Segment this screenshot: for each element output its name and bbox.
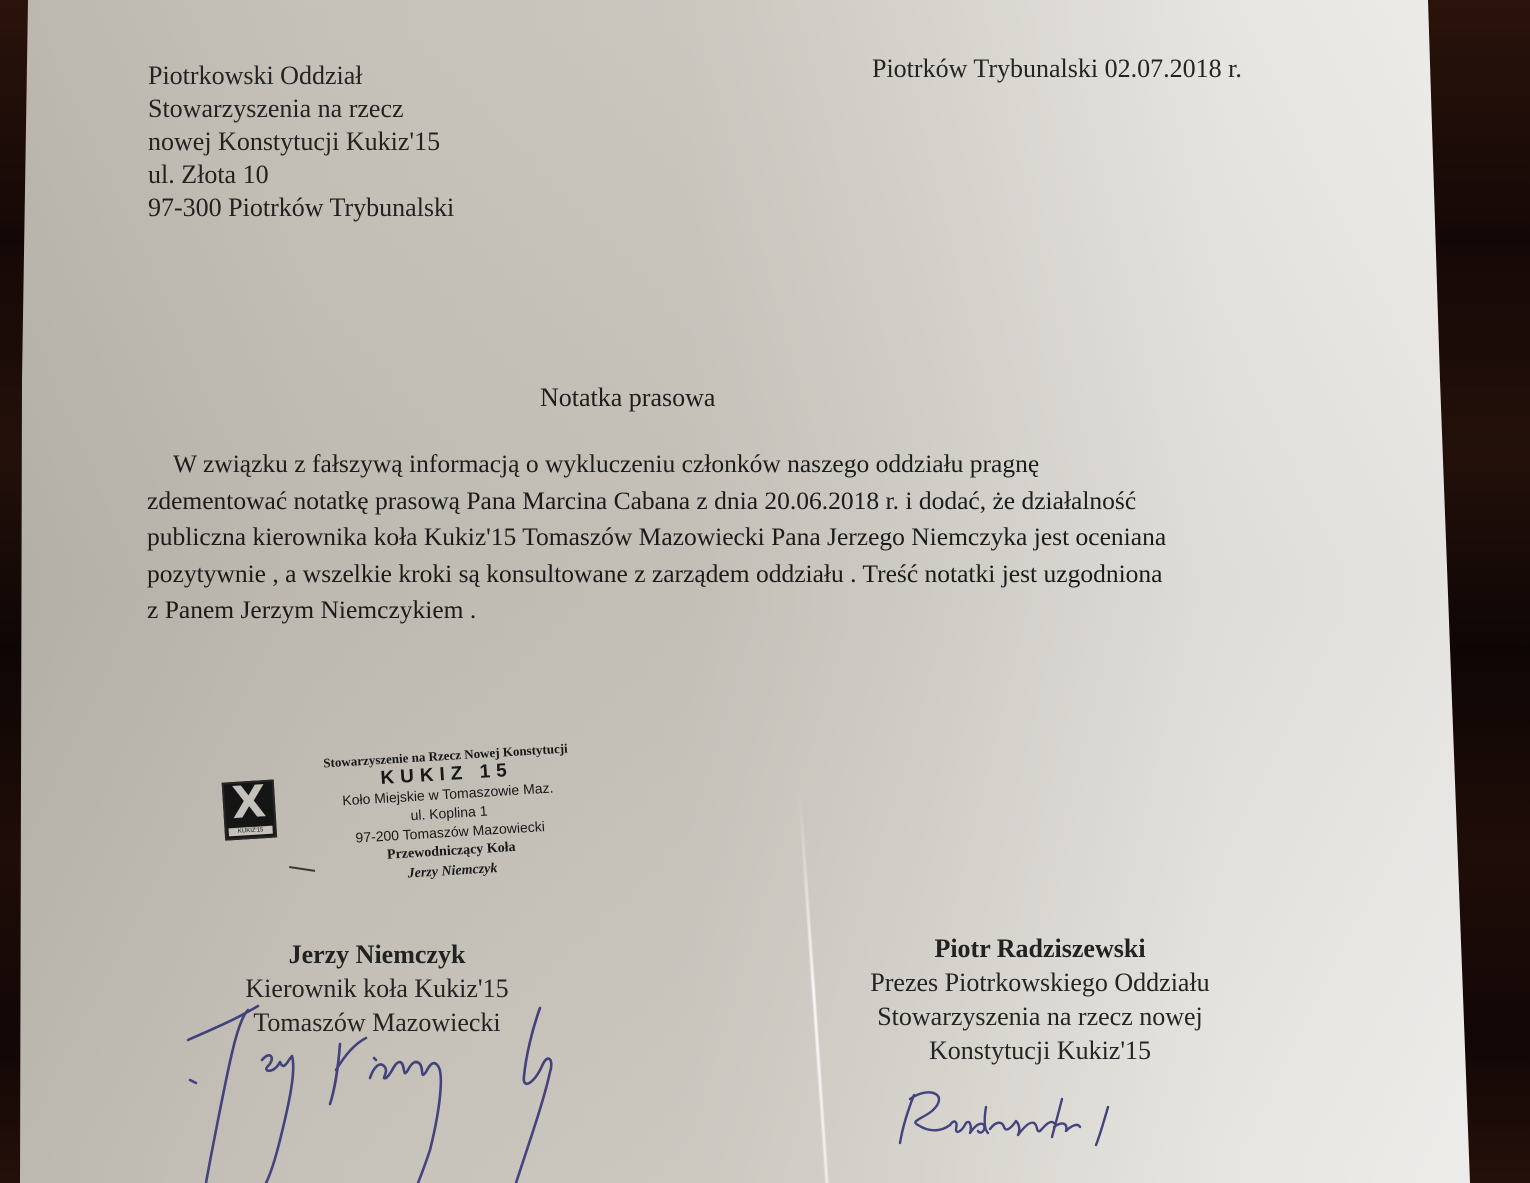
- paper-crease: [798, 790, 829, 1183]
- organization-stamp: X KUKIZ'15 Stowarzyszenie na Rzecz Nowej…: [216, 731, 624, 905]
- handwritten-signature-left: [180, 1000, 580, 1183]
- sender-address: Piotrkowski Oddział Stowarzyszenia na rz…: [148, 59, 454, 224]
- body-line: zdementować notatkę prasową Pana Marcina…: [147, 483, 1166, 520]
- sender-line: Stowarzyszenia na rzecz: [148, 92, 454, 125]
- letter-body: W związku z fałszywą informacją o wykluc…: [147, 446, 1166, 629]
- letter-sheet: Piotrkowski Oddział Stowarzyszenia na rz…: [0, 0, 1530, 1183]
- kukiz-logo-icon: X KUKIZ'15: [222, 780, 277, 841]
- body-line: publiczna kierownika koła Kukiz'15 Tomas…: [147, 519, 1166, 556]
- signatory-role: Prezes Piotrkowskiego Oddziału: [830, 966, 1250, 1000]
- logo-letter: X: [224, 782, 274, 825]
- signatory-right: Piotr Radziszewski Prezes Piotrkowskiego…: [830, 932, 1250, 1068]
- handwritten-signature-right: [890, 1085, 1150, 1155]
- sender-line: 97-300 Piotrków Trybunalski: [148, 191, 454, 224]
- body-line: z Panem Jerzym Niemczykiem .: [147, 592, 1166, 629]
- signatory-name: Jerzy Niemczyk: [212, 938, 542, 972]
- sender-line: Piotrkowski Oddział: [148, 59, 454, 92]
- logo-caption: KUKIZ'15: [229, 826, 273, 837]
- sender-line: nowej Konstytucji Kukiz'15: [148, 125, 454, 158]
- stamp-text: Stowarzyszenie na Rzecz Nowej Konstytucj…: [280, 737, 618, 892]
- body-line: pozytywnie , a wszelkie kroki są konsult…: [147, 556, 1166, 593]
- signatory-name: Piotr Radziszewski: [830, 932, 1250, 966]
- document-title: Notatka prasowa: [540, 381, 715, 414]
- signatory-role: Stowarzyszenia na rzecz nowej: [830, 1000, 1250, 1034]
- signatory-role: Konstytucji Kukiz'15: [830, 1034, 1250, 1068]
- place-and-date: Piotrków Trybunalski 02.07.2018 r.: [872, 52, 1242, 85]
- sender-line: ul. Złota 10: [148, 158, 454, 191]
- body-line: W związku z fałszywą informacją o wykluc…: [147, 446, 1166, 483]
